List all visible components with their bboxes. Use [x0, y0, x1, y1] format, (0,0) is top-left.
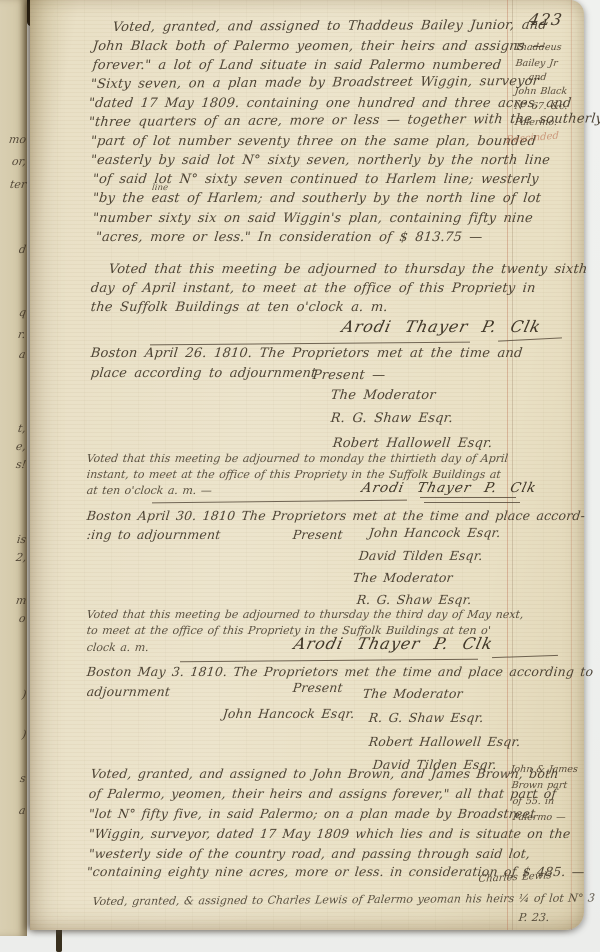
left-page-fragment: a [19, 804, 27, 817]
clerk-signature: Arodi Thayer P. Clk [340, 317, 543, 336]
present-label: Present — [312, 368, 386, 383]
left-page-fragment: is [16, 533, 27, 546]
left-page-fragment: e, [15, 440, 27, 453]
attendee-name: The Moderator [330, 388, 436, 403]
manuscript-line: "acres, more or less." In consideration … [95, 230, 483, 245]
manuscript-line: Voted, granted, and assigned to John Bro… [90, 766, 559, 781]
left-page-fragment: r. [18, 328, 27, 341]
manuscript-line: clock a. m. [86, 641, 149, 654]
present-label: Present [292, 680, 344, 695]
left-page-fragment: o [18, 612, 26, 625]
left-page-fragment: q [18, 306, 27, 319]
manuscript-line: day of April instant, to meet at the off… [90, 281, 536, 296]
manuscript-line: place according to adjournment [90, 366, 317, 381]
manuscript-line: Voted that this meeting be adjourned to … [86, 608, 524, 621]
ruled-divider [424, 502, 520, 503]
manuscript-line: "dated 17 May 1809. containing one hundr… [88, 96, 572, 111]
manuscript-line: at ten o'clock a. m. — [86, 484, 213, 497]
clerk-signature: Arodi Thayer P. Clk [360, 480, 538, 496]
attendee-name: Robert Hallowell Esqr. [332, 436, 493, 451]
manuscript-line: Voted that this meeting be adjourned to … [86, 452, 509, 465]
manuscript-line: Boston April 26. 1810. The Proprietors m… [90, 346, 523, 361]
manuscript-line: "number sixty six on said Wiggin's plan,… [92, 211, 534, 226]
manuscript-line: "part of lot number seventy three on the… [90, 134, 537, 149]
left-page-fragment: s [19, 772, 26, 785]
attendee-name: John Hancock Esqr. [368, 525, 501, 540]
manuscript-line: of Palermo, yeomen, their heirs and assi… [88, 786, 557, 801]
attendee-name: The Moderator [362, 686, 464, 701]
manuscript-line: "easterly by said lot N° sixty seven, no… [90, 153, 551, 168]
manuscript-line: "Sixty seven, on a plan made by Broadstr… [90, 74, 540, 92]
left-page-fragment: s! [15, 458, 27, 471]
manuscript-line: "lot N° fifty five, in said Palermo; on … [88, 806, 536, 821]
left-page-fragment: mo [8, 133, 27, 146]
margin-note-line: Palermo. [514, 117, 558, 128]
manuscript-line: :ing to adjournment [86, 527, 221, 542]
manuscript-scan: mo or, ter d q r. a t, e, s! is 2, m o )… [0, 0, 600, 952]
left-page-fragment: m [15, 594, 27, 607]
manuscript-line: Boston April 30. 1810 The Proprietors me… [86, 508, 586, 523]
manuscript-line: forever." a lot of Land situate in said … [92, 58, 502, 73]
manuscript-line: "Wiggin, surveyor, dated 17 May 1809 whi… [88, 826, 571, 841]
attendee-name: The Moderator [352, 570, 454, 585]
left-page-fragment: ) [21, 688, 27, 701]
left-page-fragment: ter [9, 178, 27, 191]
attendee-name: R. G. Shaw Esqr. [356, 592, 472, 607]
manuscript-line: Boston May 3. 1810. The Proprietors met … [86, 664, 594, 679]
left-page-fragment: ) [21, 728, 27, 741]
margin-note-line: and [528, 72, 547, 83]
left-page-fragment: d [18, 243, 27, 256]
attendee-name: David Tilden Esqr. [358, 548, 484, 563]
attendee-name: Robert Hallowell Esqr. [368, 734, 521, 749]
manuscript-line: the Suffolk Buildings at ten o'clock a. … [90, 300, 388, 315]
margin-note-line: Bailey Jr [515, 58, 558, 69]
facing-page-edge: mo or, ter d q r. a t, e, s! is 2, m o )… [0, 0, 27, 936]
attendee-name: R. G. Shaw Esqr. [330, 411, 454, 426]
manuscript-line: "westerly side of the country road, and … [88, 846, 531, 861]
page-reference: P. 23. [518, 911, 550, 924]
clerk-signature: Arodi Thayer P. Clk [292, 634, 495, 653]
margin-note-line: Palermo — [512, 812, 566, 823]
left-page-fragment: a [19, 348, 27, 361]
margin-note-line: Brown part [511, 780, 568, 791]
attendee-name: John Hancock Esqr. [222, 706, 355, 721]
left-page-fragment: t, [17, 422, 27, 435]
margin-note-line: Thaddeus [514, 42, 562, 53]
margin-note-line: N° 67. &c. [514, 101, 568, 112]
margin-note-line: of 55. in [512, 796, 555, 807]
manuscript-line: John Black both of Palermo yeomen, their… [92, 39, 546, 54]
left-page-fragment: or, [11, 155, 27, 168]
edge-ruling-line [571, 0, 572, 930]
left-page-fragment: 2, [15, 551, 27, 564]
manuscript-line: "by the east of Harlem; and southerly by… [92, 191, 542, 206]
manuscript-line: adjournment [86, 684, 171, 699]
margin-note-line: John Black [514, 86, 568, 97]
manuscript-line: Voted that this meeting be adjourned to … [108, 262, 588, 277]
manuscript-line: Voted, granted, and assigned to Thaddeus… [112, 18, 548, 35]
margin-note-line: John & James [510, 764, 578, 775]
attendee-name: R. G. Shaw Esqr. [368, 710, 484, 725]
present-label: Present [292, 527, 344, 542]
ruled-divider [420, 497, 516, 498]
